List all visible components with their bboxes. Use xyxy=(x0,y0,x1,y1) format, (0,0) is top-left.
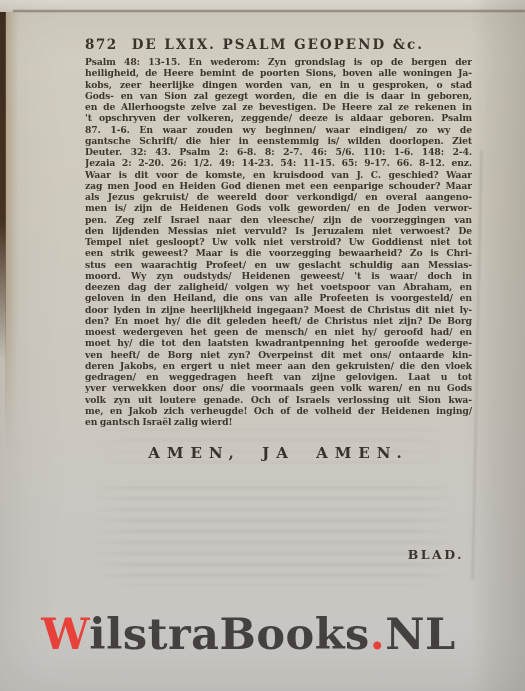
body-line: als Jezus gekruist/ de weereld door verk… xyxy=(85,192,472,203)
body-line: den lijdenden Messias niet vervuld? Is J… xyxy=(85,226,472,237)
body-line: ven heeft/ de Borg niet zyn? Overpeinst … xyxy=(85,350,472,361)
body-line: Psalm 48: 13-15. En wederom: Zyn grondsl… xyxy=(85,57,472,68)
catchword: BLAD. xyxy=(85,547,472,562)
running-title: DE LXIX. PSALM GEOPEND &c. xyxy=(118,37,472,53)
watermark-middle: ilstraBooks xyxy=(89,610,369,660)
page-number: 872 xyxy=(85,37,118,53)
body-line: deezen dag der zaligheid/ volgen wy het … xyxy=(85,282,472,293)
watermark-suffix: NL xyxy=(385,610,456,660)
body-text: Psalm 48: 13-15. En wederom: Zyn grondsl… xyxy=(85,57,472,428)
body-line: en de Allerhoogste zelve zal ze bevestig… xyxy=(85,102,472,113)
body-line: 87. 1-6. En waar zouden wy beginnen/ waa… xyxy=(85,125,472,136)
body-line: volk zyn uit loutere genade. Och of Isra… xyxy=(85,395,472,406)
body-line: pen. Zeg zelf Israel naar den vleesche/ … xyxy=(85,215,472,226)
body-line: den? En moet hy/ die dit geleden heeft/ … xyxy=(85,316,472,327)
body-line: gedragen/ en weggedragen heeft van zijne… xyxy=(85,372,472,383)
body-line: moest wedergeven het geen de mensch/ en … xyxy=(85,327,472,338)
watermark-dot: . xyxy=(370,610,385,660)
page-right-edge-shadow xyxy=(471,0,525,691)
body-line: Tempel niet gesloopt? Uw volk niet verst… xyxy=(85,237,472,248)
body-line: Waar is dit voor de komste, en kruisdood… xyxy=(85,170,472,181)
body-line: moet hy/ die tot den laatsten kwadrantpe… xyxy=(85,338,472,349)
printed-page-content: 872 DE LXIX. PSALM GEOPEND &c. Psalm 48:… xyxy=(85,37,472,562)
body-line: Deuter. 32: 43. Psalm 2: 6-8. 8: 2-7. 46… xyxy=(85,147,472,158)
book-page-photo: 872 DE LXIX. PSALM GEOPEND &c. Psalm 48:… xyxy=(0,0,525,691)
body-line: men is/ zijn de Heidenen Gods volk gewor… xyxy=(85,203,472,214)
body-line: 't opschryven der volkeren, zeggende/ de… xyxy=(85,113,472,124)
page-header: 872 DE LXIX. PSALM GEOPEND &c. xyxy=(85,37,472,53)
body-line: geloven in den Heiland, die ons van alle… xyxy=(85,293,472,304)
page-top-shadow-line xyxy=(13,10,525,12)
body-line: Jezaia 2: 2-20. 26: 1/2. 49: 14-23. 54: … xyxy=(85,158,472,169)
body-line: een strik geweest? Maar is die voorzeggi… xyxy=(85,248,472,259)
body-line: en gantsch Israël zalig wierd! xyxy=(85,417,472,428)
body-line: deren Jakobs, en ergert u niet meer aan … xyxy=(85,361,472,372)
body-line: gantsche Schrift/ die hier in eenstemmig… xyxy=(85,136,472,147)
body-line: stus een waarachtig Profeet/ en uw gesla… xyxy=(85,260,472,271)
amen-line: AMEN, JA AMEN. xyxy=(85,444,472,462)
body-line: Gods- en van Sion zal gezegt worden, die… xyxy=(85,91,472,102)
body-line: yver verwekken door ons/ die voormaals g… xyxy=(85,383,472,394)
body-line: door lyden in zijne heerlijkheid ingegaa… xyxy=(85,305,472,316)
body-line: heiligheid, de Heere bemint de poorten S… xyxy=(85,68,472,79)
body-line: zag men Jood en Heiden God dienen met ee… xyxy=(85,181,472,192)
watermark-initial: W xyxy=(41,610,89,660)
bookseller-watermark: WilstraBooks.NL xyxy=(0,610,511,660)
body-line: moord. Wy zyn oudstyds/ Heidenen geweest… xyxy=(85,271,472,282)
body-line: kobs, zeer heerlijke dingen worden van, … xyxy=(85,80,472,91)
body-line: me, en Jakob zich verheugde! Och of de v… xyxy=(85,406,472,417)
page-left-edge-shadow xyxy=(5,12,18,452)
